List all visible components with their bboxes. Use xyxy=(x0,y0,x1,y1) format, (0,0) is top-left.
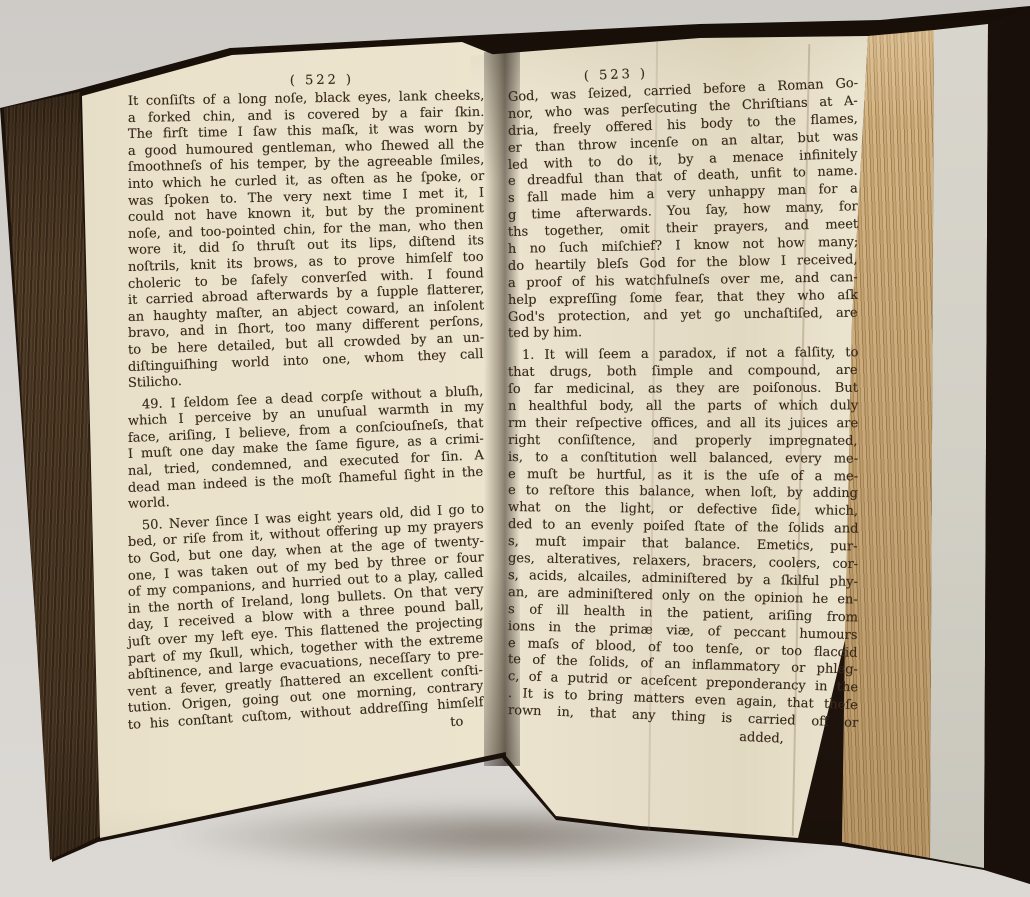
photo-of-open-book: ( 522 ) It conſiſts of a long noſe, blac… xyxy=(0,0,1030,897)
left-page-lines: It conſiſts of a long noſe, black eyes, … xyxy=(128,94,486,735)
text-line: rm their reſpective offices, and all its… xyxy=(508,416,860,433)
text-line: that drugs, both ſimple and compound, ar… xyxy=(508,363,860,382)
left-page-text: ( 522 ) It conſiſts of a long noſe, blac… xyxy=(128,74,486,752)
text-line: ted by him. xyxy=(508,323,860,344)
text-line: ſo far medicinal, as they are poiſonous.… xyxy=(508,381,860,399)
right-page-lines: God, was ſeized, carried before a Roman … xyxy=(508,90,860,720)
text-line: is, to a conſtitution well balanced, eve… xyxy=(508,450,860,469)
text-line: right conſiſtence, and properly impregna… xyxy=(508,433,860,451)
right-page-text: ( 523 ) God, was ſeized, carried before … xyxy=(508,70,860,737)
text-line: n healthful body, all the parts of which… xyxy=(508,398,860,416)
